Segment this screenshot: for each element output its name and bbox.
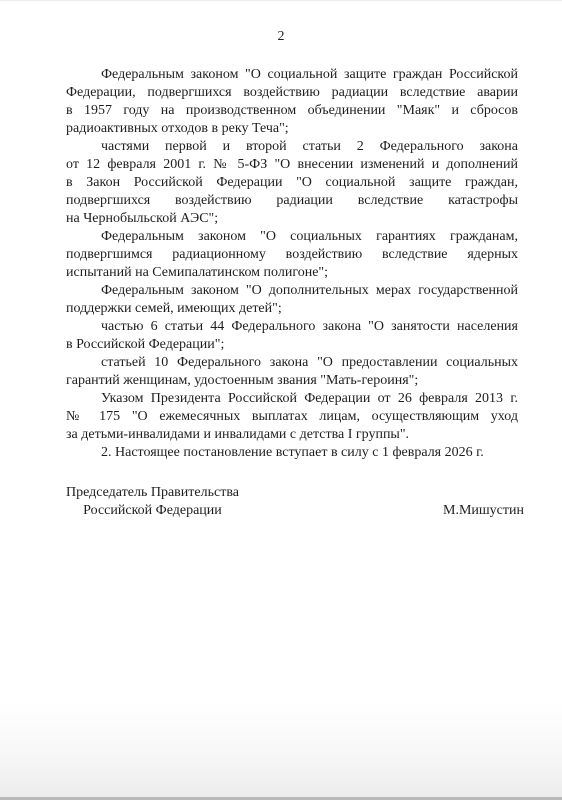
text-line: частями первой и второй статьи 2 Федерал… bbox=[66, 138, 518, 156]
text-line: № 175 "О ежемесячных выплатах лицам, осу… bbox=[66, 408, 518, 426]
text-line: от 12 февраля 2001 г. № 5-ФЗ "О внесении… bbox=[66, 156, 518, 174]
paragraph: частью 6 статьи 44 Федерального закона "… bbox=[66, 318, 518, 354]
document-body: Федеральным законом "О социальной защите… bbox=[66, 66, 518, 462]
text-line: на Чернобыльской АЭС"; bbox=[66, 210, 518, 228]
text-line: частью 6 статьи 44 Федерального закона "… bbox=[66, 318, 518, 336]
text-line: в Российской Федерации"; bbox=[66, 336, 518, 354]
text-line: Федеральным законом "О социальных гарант… bbox=[66, 228, 518, 246]
text-line: подвергшимся радиационному воздействию в… bbox=[66, 246, 518, 264]
document-page: 2 Федеральным законом "О социальной защи… bbox=[0, 0, 562, 800]
paragraph: 2. Настоящее постановление вступает в си… bbox=[66, 444, 518, 462]
text-line: в Закон Российской Федерации "О социальн… bbox=[66, 174, 518, 192]
text-line: подвергшихся воздействию радиации вследс… bbox=[66, 192, 518, 210]
paragraph: статьей 10 Федерального закона "О предос… bbox=[66, 354, 518, 390]
paragraph: Указом Президента Российской Федерации о… bbox=[66, 390, 518, 444]
paragraph: Федеральным законом "О дополнительных ме… bbox=[66, 282, 518, 318]
signatory-name: М.Мишустин bbox=[443, 502, 524, 520]
text-line: Федерации, подвергшихся воздействию ради… bbox=[66, 84, 518, 102]
bottom-gradient bbox=[0, 700, 562, 800]
signatory-title: Председатель Правительства Российской Фе… bbox=[66, 484, 239, 520]
signature-block: Председатель Правительства Российской Фе… bbox=[66, 484, 524, 520]
text-line: Федеральным законом "О социальной защите… bbox=[66, 66, 518, 84]
page-number: 2 bbox=[0, 28, 562, 46]
signatory-title-line2: Российской Федерации bbox=[66, 502, 239, 520]
text-line: радиоактивных отходов в реку Теча"; bbox=[66, 120, 518, 138]
text-line: испытаний на Семипалатинском полигоне"; bbox=[66, 264, 518, 282]
paragraph: Федеральным законом "О социальной защите… bbox=[66, 66, 518, 138]
text-line: поддержки семей, имеющих детей"; bbox=[66, 300, 518, 318]
text-line: 2. Настоящее постановление вступает в си… bbox=[66, 444, 518, 462]
text-line: в 1957 году на производственном объедине… bbox=[66, 102, 518, 120]
paragraph: Федеральным законом "О социальных гарант… bbox=[66, 228, 518, 282]
paragraph: частями первой и второй статьи 2 Федерал… bbox=[66, 138, 518, 228]
text-line: Федеральным законом "О дополнительных ме… bbox=[66, 282, 518, 300]
signatory-title-line1: Председатель Правительства bbox=[66, 484, 239, 502]
text-line: статьей 10 Федерального закона "О предос… bbox=[66, 354, 518, 372]
text-line: гарантий женщинам, удостоенным звания "М… bbox=[66, 372, 518, 390]
text-line: Указом Президента Российской Федерации о… bbox=[66, 390, 518, 408]
text-line: за детьми-инвалидами и инвалидами с детс… bbox=[66, 426, 518, 444]
